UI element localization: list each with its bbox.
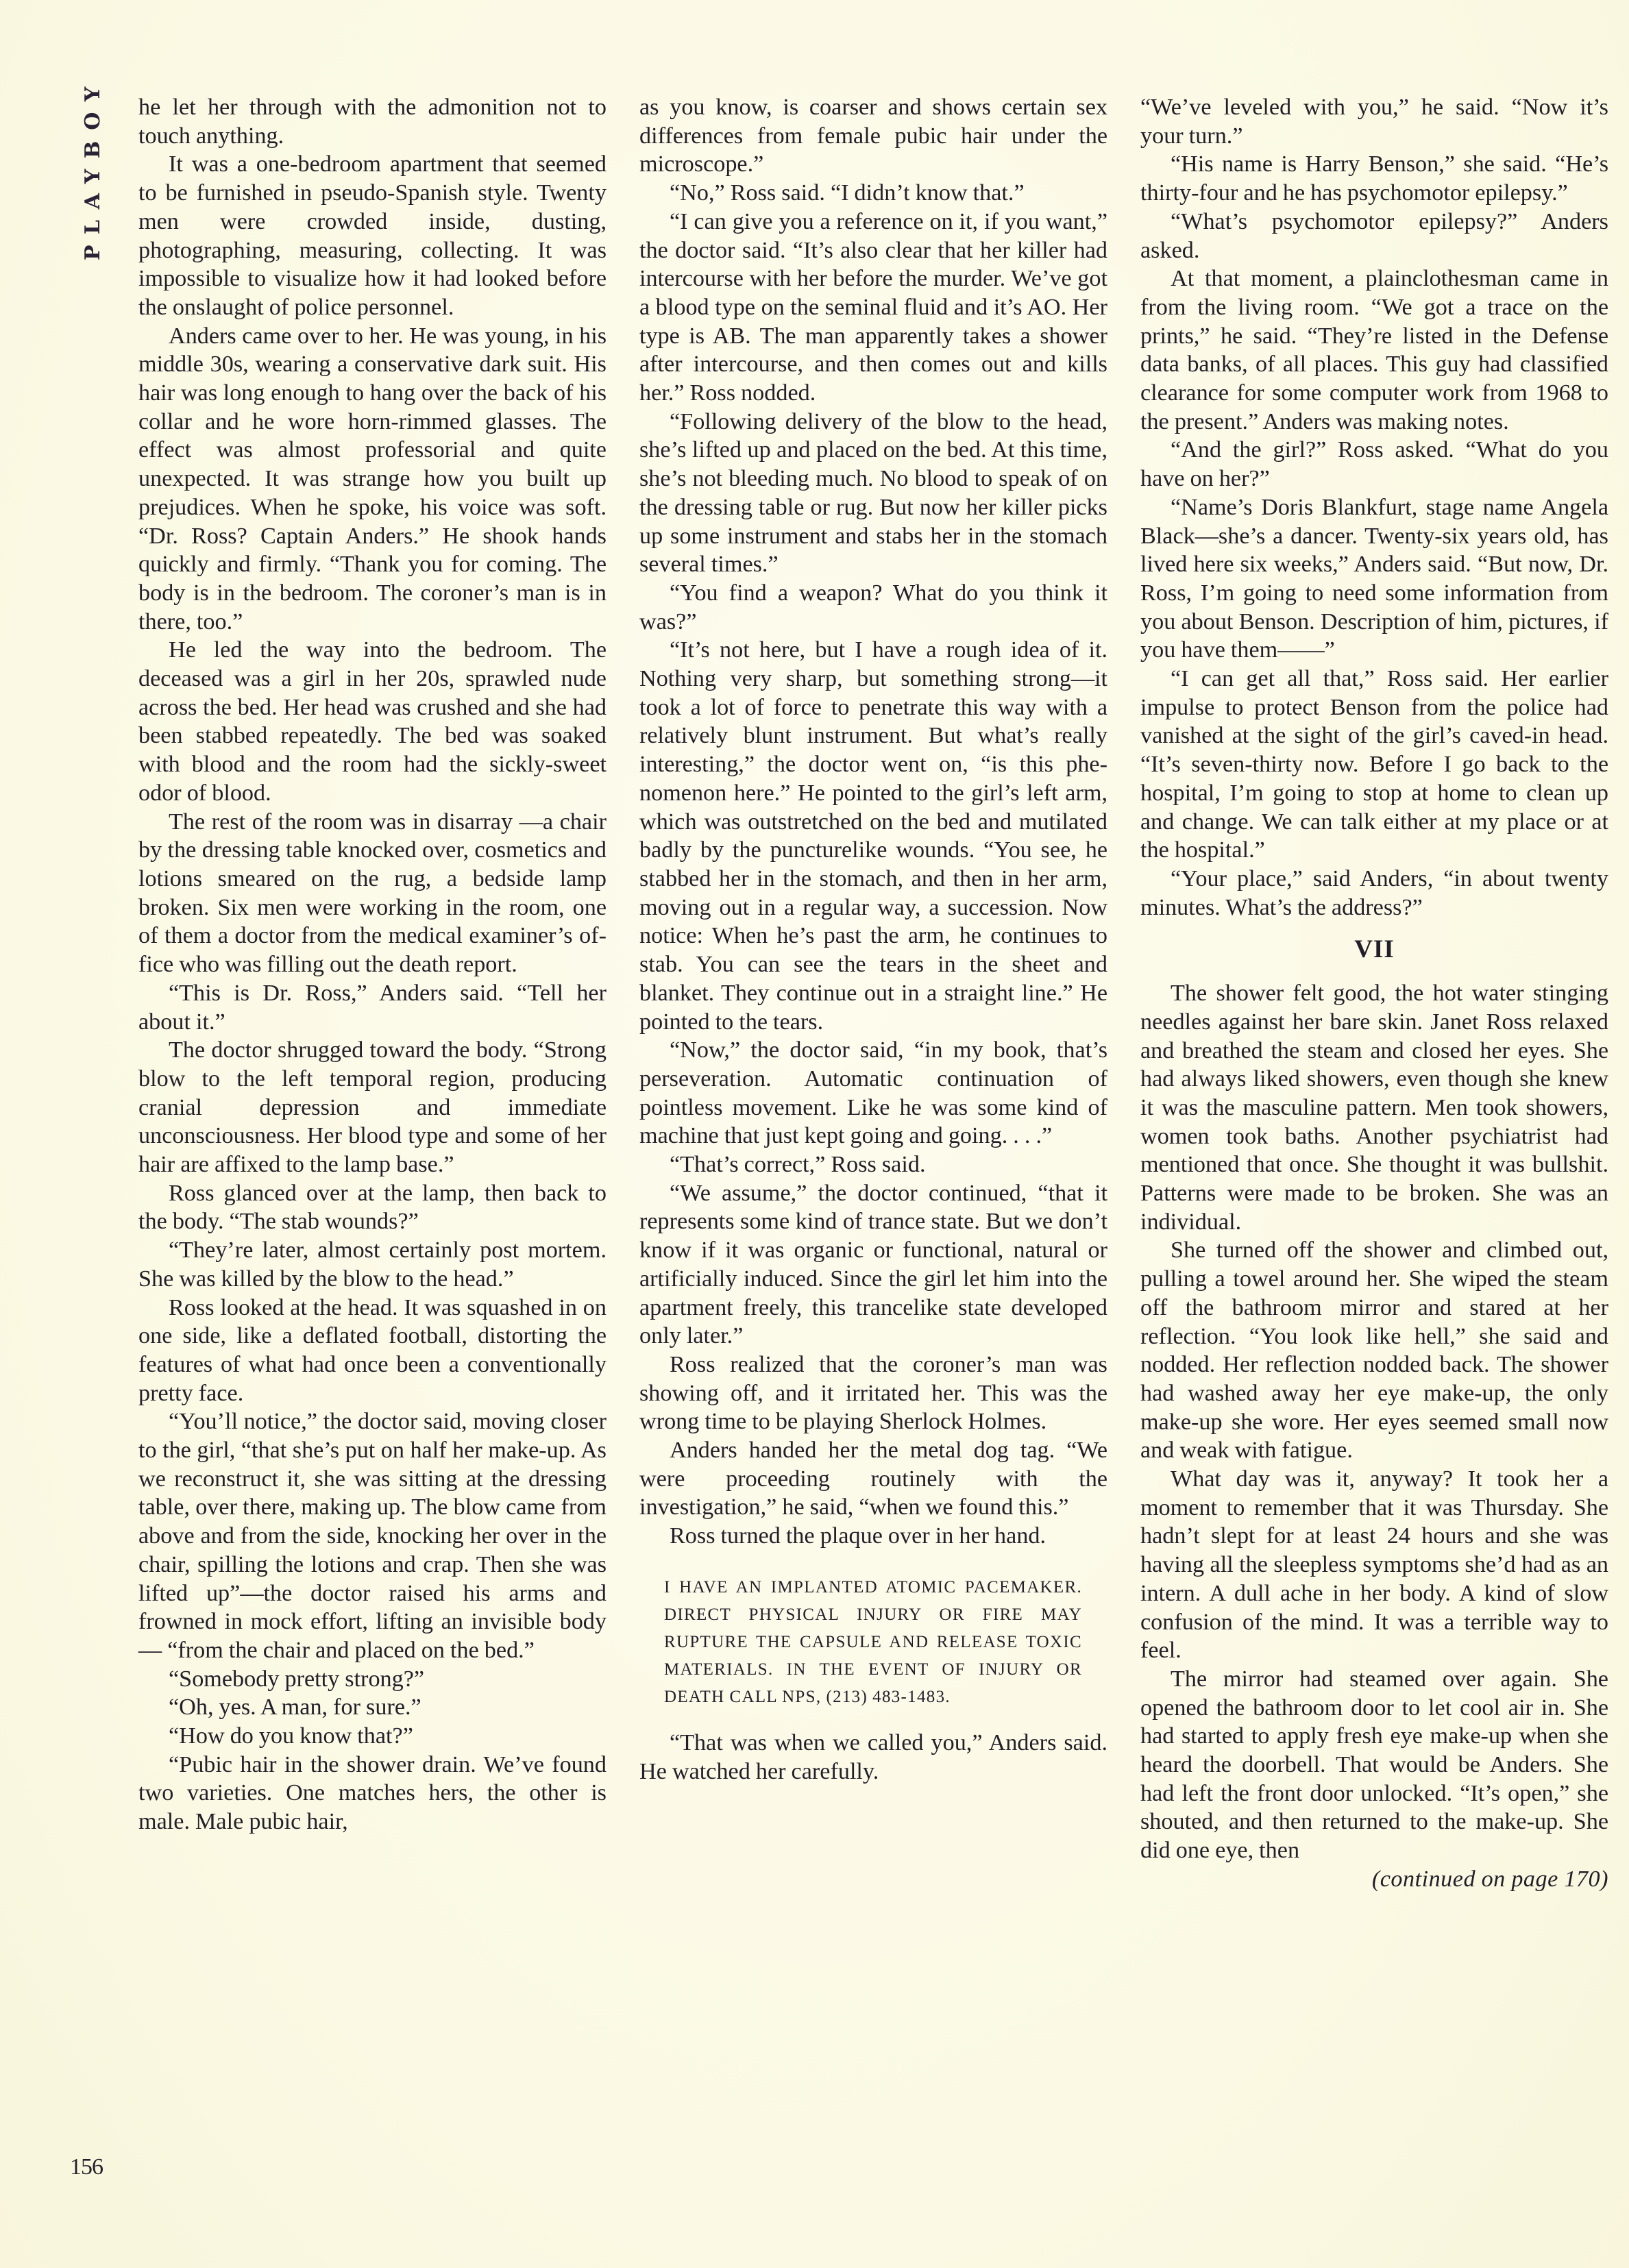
paragraph: At that moment, a plainclothesman came i… (1140, 264, 1608, 436)
left-column: he let her through with the admonition n… (138, 93, 607, 1836)
paragraph: “I can give you a reference on it, if yo… (639, 208, 1107, 408)
continued-on-page-note: (continued on page 170) (1140, 1865, 1608, 1894)
paragraph: “Oh, yes. A man, for sure.” (138, 1693, 607, 1722)
paragraph: “Pubic hair in the shower drain. We’ve f… (138, 1751, 607, 1836)
paragraph: Ross realized that the coroner’s man was… (639, 1351, 1107, 1436)
paragraph: “Somebody pretty strong?” (138, 1665, 607, 1694)
paragraph: “We assume,” the doctor continued, “that… (639, 1179, 1107, 1351)
paragraph: It was a one-bedroom apartment that seem… (138, 150, 607, 321)
paragraph: Ross turned the plaque over in her hand. (639, 1522, 1107, 1551)
paragraph: What day was it, anyway? It took her a m… (1140, 1465, 1608, 1665)
magazine-page: PLAYBOY he let her through with the admo… (0, 0, 1629, 2268)
paragraph: “They’re later, almost certainly post mo… (138, 1236, 607, 1293)
paragraph: He led the way into the bedroom. The dec… (138, 636, 607, 807)
paragraph: The rest of the room was in disarray —a … (138, 808, 607, 979)
paragraph: “His name is Harry Benson,” she said. “H… (1140, 150, 1608, 207)
paragraph: “You find a weapon? What do you think it… (639, 579, 1107, 636)
paragraph: “It’s not here, but I have a rough idea … (639, 636, 1107, 1036)
dog-tag-plaque-inscription: I have an implanted atomic pace­maker. D… (664, 1574, 1082, 1711)
paragraph: he let her through with the admonition n… (138, 93, 607, 150)
paragraph: as you know, is coarser and shows cer­ta… (639, 93, 1107, 179)
paragraph: “How do you know that?” (138, 1722, 607, 1751)
paragraph: “That was when we called you,” An­ders s… (639, 1729, 1107, 1786)
paragraph: The mirror had steamed over again. She o… (1140, 1665, 1608, 1865)
paragraph: Ross looked at the head. It was squashed… (138, 1294, 607, 1408)
right-column: “We’ve leveled with you,” he said. “Now … (1140, 93, 1608, 1894)
paragraph: “This is Dr. Ross,” Anders said. “Tell h… (138, 979, 607, 1036)
paragraph: “Your place,” said Anders, “in about twe… (1140, 865, 1608, 922)
playboy-sidebar-logo: PLAYBOY (82, 103, 105, 260)
page-number: 156 (70, 2153, 103, 2181)
paragraph: Anders came over to her. He was young, i… (138, 322, 607, 637)
paragraph: “Now,” the doctor said, “in my book, tha… (639, 1036, 1107, 1150)
middle-column: as you know, is coarser and shows cer­ta… (639, 93, 1107, 1786)
paragraph: “Following delivery of the blow to the h… (639, 408, 1107, 579)
paragraph: “What’s psychomotor epilepsy?” An­ders a… (1140, 208, 1608, 264)
paragraph: “Name’s Doris Blankfurt, stage name Ange… (1140, 493, 1608, 665)
paragraph: The doctor shrugged toward the body. “St… (138, 1036, 607, 1179)
paragraph: “I can get all that,” Ross said. Her ear… (1140, 665, 1608, 865)
sidebar-logo-text: PLAYBOY (82, 103, 105, 260)
paragraph: She turned off the shower and climbed ou… (1140, 1236, 1608, 1465)
paragraph: “We’ve leveled with you,” he said. “Now … (1140, 93, 1608, 150)
paragraph: Ross glanced over at the lamp, then back… (138, 1179, 607, 1236)
paragraph: “No,” Ross said. “I didn’t know that.” (639, 179, 1107, 208)
paragraph: “You’ll notice,” the doctor said, mov­in… (138, 1407, 607, 1664)
section-heading: VII (1140, 935, 1608, 964)
paragraph: “That’s correct,” Ross said. (639, 1150, 1107, 1179)
paragraph: “And the girl?” Ross asked. “What do you… (1140, 436, 1608, 493)
paragraph: Anders handed her the metal dog tag. “We… (639, 1436, 1107, 1522)
paragraph: The shower felt good, the hot water stin… (1140, 979, 1608, 1236)
